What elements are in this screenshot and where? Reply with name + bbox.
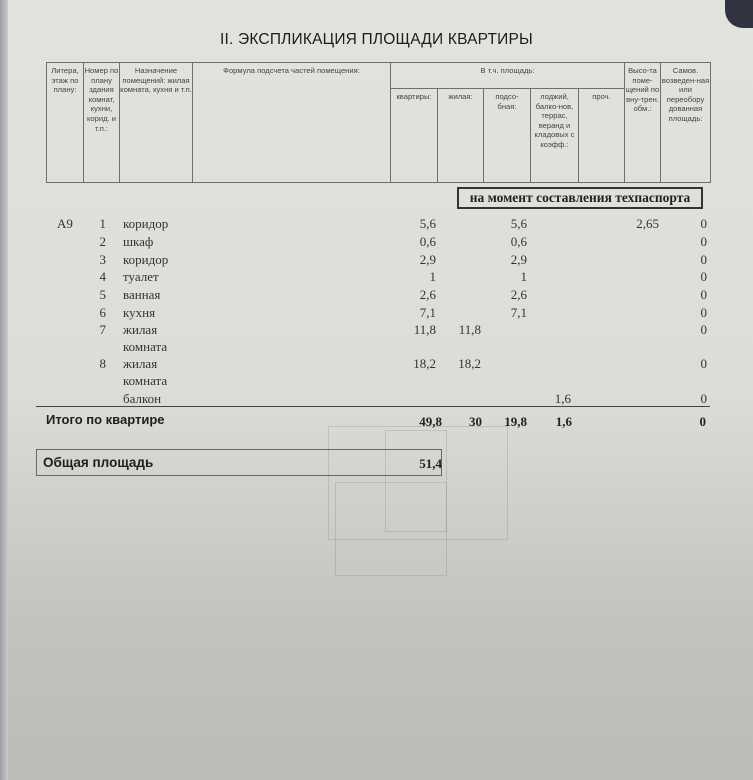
- row-no: 6: [88, 304, 106, 321]
- row-unauth: 0: [682, 321, 707, 338]
- header-litera: Литера, этаж по плану:: [46, 62, 84, 183]
- row-living: 18,2: [440, 355, 481, 372]
- row-aux: 0,6: [490, 233, 527, 250]
- row-height: 2,65: [624, 215, 659, 232]
- page-title: II. ЭКСПЛИКАЦИЯ ПЛОЩАДИ КВАРТИРЫ: [0, 31, 753, 49]
- row-unauth: 0: [682, 286, 707, 303]
- row-no: 3: [88, 251, 106, 268]
- row-name: жилая комната: [123, 355, 185, 389]
- row-name: жилая комната: [123, 321, 185, 355]
- header-other: проч.: [578, 88, 625, 183]
- row-name: шкаф: [123, 233, 185, 250]
- row-no: 7: [88, 321, 106, 338]
- row-no: 5: [88, 286, 106, 303]
- row-name: коридор: [123, 215, 185, 232]
- total-area-value: 51,4: [400, 456, 442, 472]
- row-living: 11,8: [440, 321, 481, 338]
- row-flat: 7,1: [395, 304, 436, 321]
- header-loggia: лоджий, балко-нов, террас, веранд и клад…: [530, 88, 579, 183]
- row-aux: 2,6: [490, 286, 527, 303]
- row-unauth: 0: [682, 304, 707, 321]
- row-flat: 11,8: [395, 321, 436, 338]
- header-number: Номер по плану здания комнат, кухни, кор…: [83, 62, 120, 183]
- row-aux: 1: [490, 268, 527, 285]
- row-unauth: 0: [682, 268, 707, 285]
- row-unauth: 0: [682, 355, 707, 372]
- total-area-label: Общая площадь: [43, 455, 153, 470]
- row-aux: 5,6: [490, 215, 527, 232]
- row-unauth: 0: [682, 233, 707, 250]
- row-aux: 7,1: [490, 304, 527, 321]
- row-no: 4: [88, 268, 106, 285]
- row-name: балкон: [123, 390, 185, 407]
- total-aux: 19,8: [490, 414, 527, 430]
- row-unauth: 0: [682, 251, 707, 268]
- header-height: Высо-та поме-щений по вну-трен. обм.:: [624, 62, 661, 183]
- row-name: кухня: [123, 304, 185, 321]
- row-flat: 5,6: [395, 215, 436, 232]
- row-name: ванная: [123, 286, 185, 303]
- row-no: 8: [88, 355, 106, 372]
- row-flat: 2,9: [395, 251, 436, 268]
- status-badge: на момент составления техпаспорта: [457, 187, 703, 209]
- header-formula: Формула подсчета частей помещения:: [192, 62, 391, 183]
- row-name: коридор: [123, 251, 185, 268]
- header-area-group: В т.ч. площадь:: [390, 62, 625, 89]
- row-flat: 1: [395, 268, 436, 285]
- row-unauth: 0: [682, 215, 707, 232]
- total-flat: 49,8: [400, 414, 442, 430]
- total-loggia: 1,6: [535, 414, 572, 430]
- header-purpose: Назначение помещений: жилая комната, кух…: [119, 62, 193, 183]
- row-flat: 2,6: [395, 286, 436, 303]
- header-auxiliary: подсо-бная:: [483, 88, 531, 183]
- header-flat: квартиры:: [390, 88, 438, 183]
- total-unauthorized: 0: [680, 414, 706, 430]
- total-divider: [36, 406, 710, 407]
- row-loggia: 1,6: [535, 390, 571, 407]
- floor-plan-bleedthrough: [385, 430, 447, 532]
- row-unauth: 0: [682, 390, 707, 407]
- row-aux: 2,9: [490, 251, 527, 268]
- header-unauthorized: Самов. возведен-ная или переобору дованн…: [660, 62, 711, 183]
- row-no: 2: [88, 233, 106, 250]
- row-name: туалет: [123, 268, 185, 285]
- row-flat: 0,6: [395, 233, 436, 250]
- header-living: жилая:: [437, 88, 484, 183]
- total-label: Итого по квартире: [46, 412, 165, 427]
- total-living: 30: [445, 414, 482, 430]
- litera-value: А9: [57, 215, 73, 232]
- row-flat: 18,2: [395, 355, 436, 372]
- row-no: 1: [88, 215, 106, 232]
